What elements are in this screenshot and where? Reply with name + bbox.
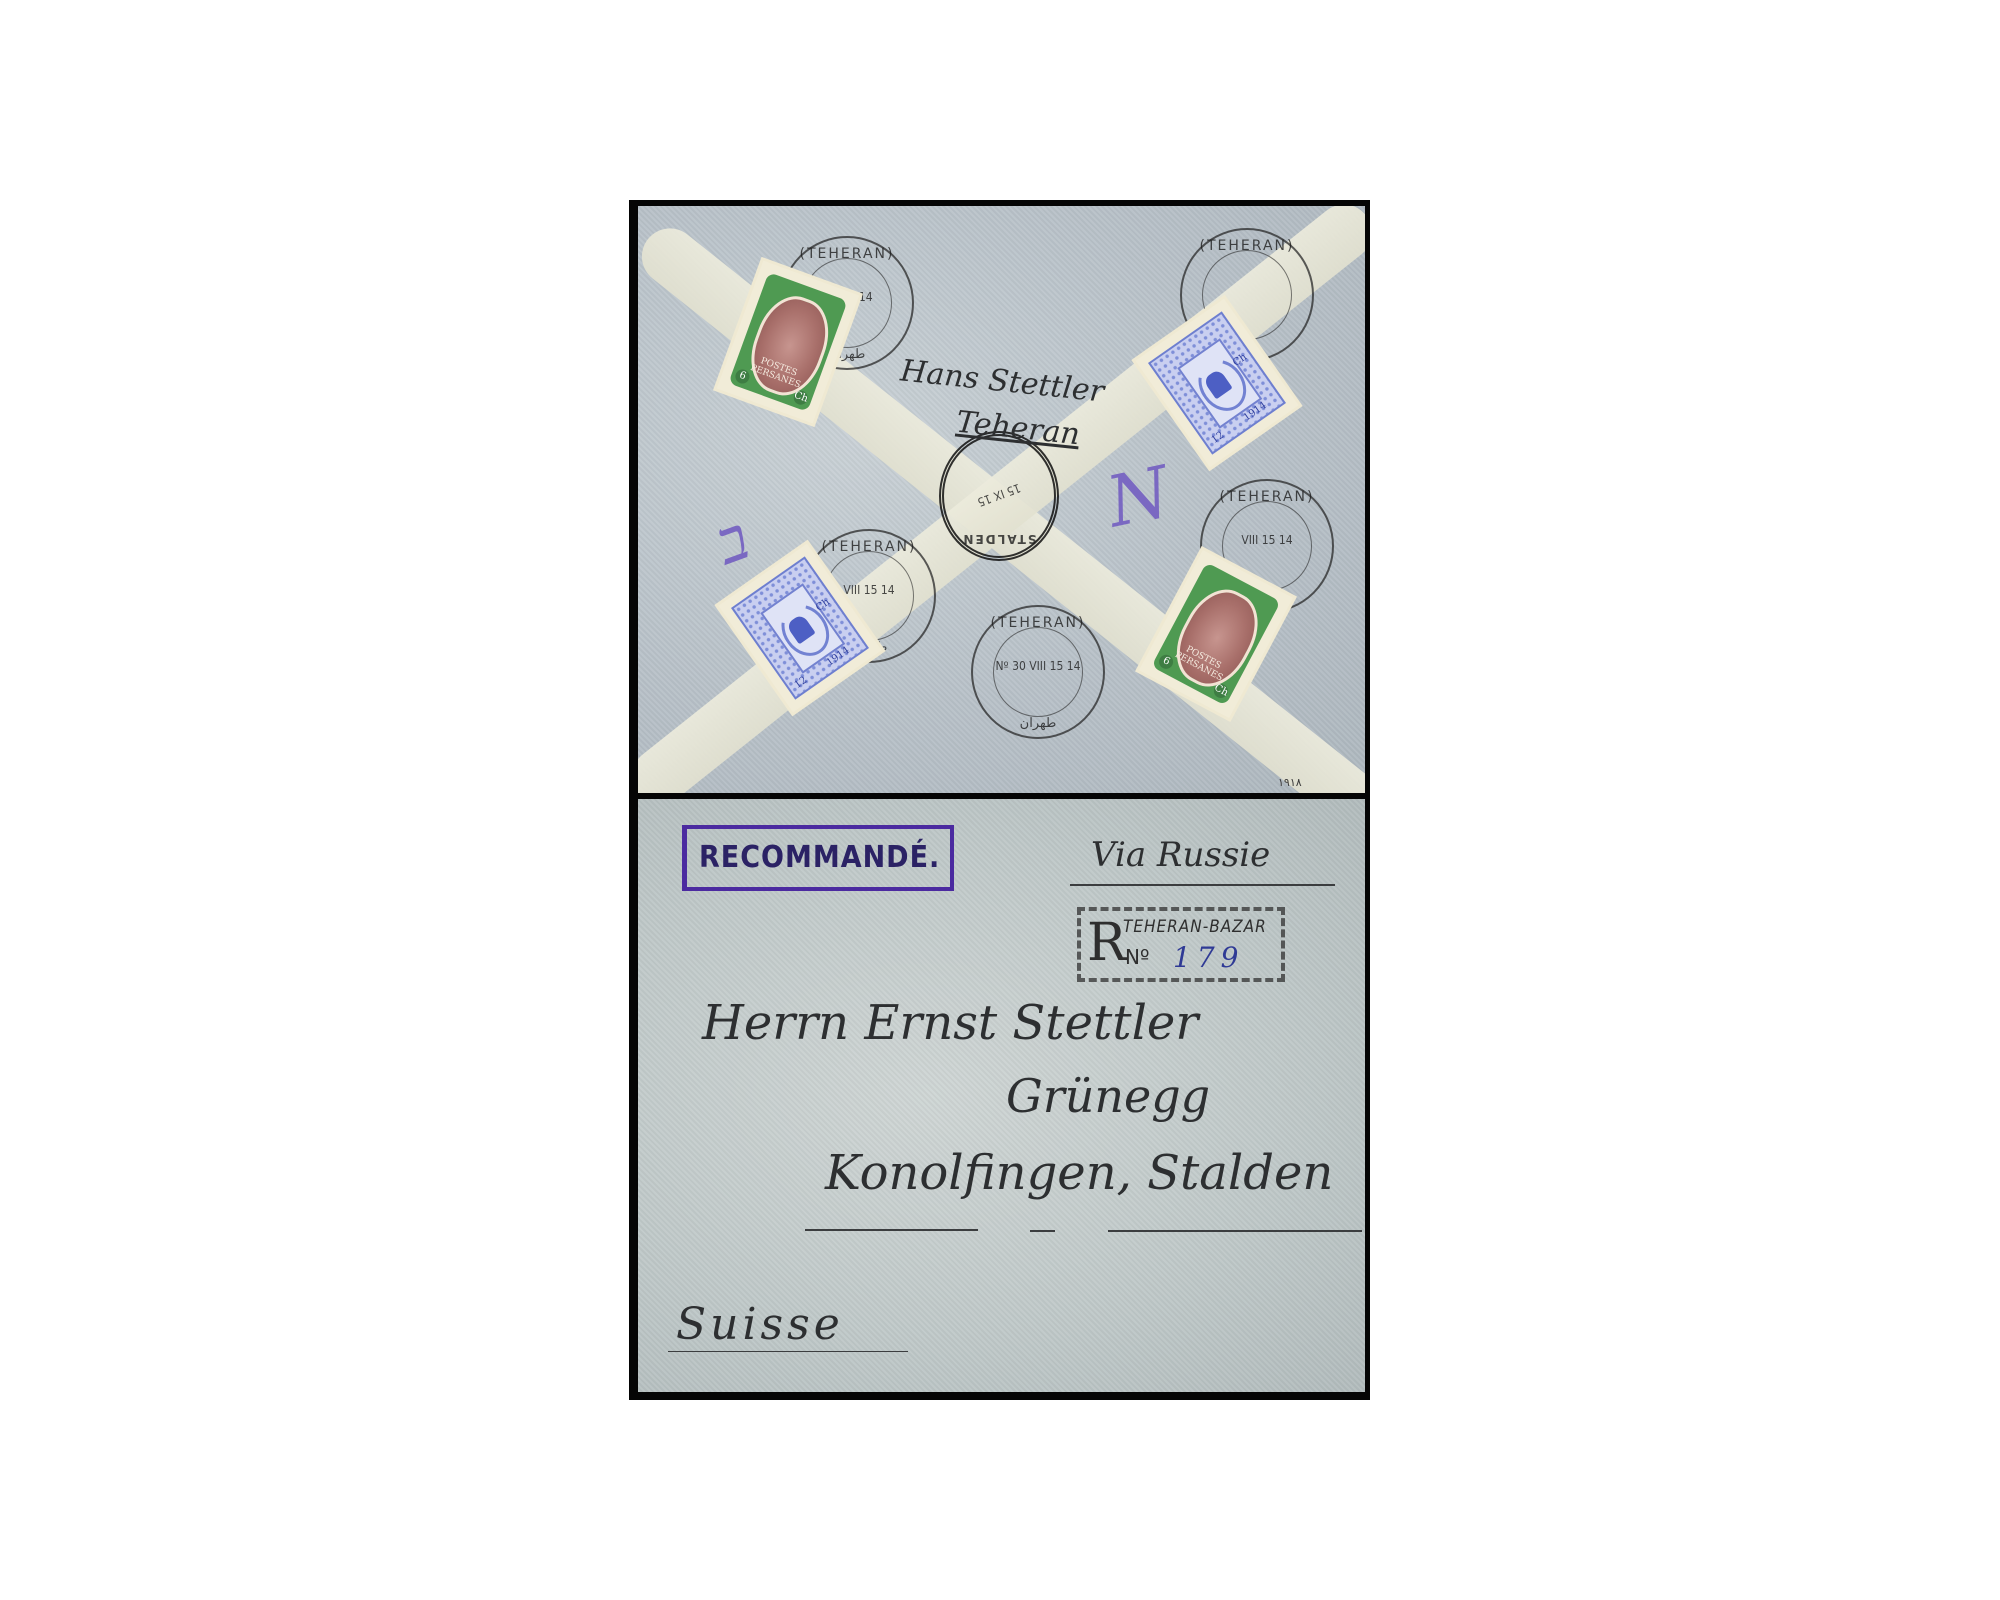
violet-mark: N [1100,451,1177,544]
postmark-date: 15 IX 15 [945,470,1053,521]
stamp-value: 12 [793,675,810,691]
address-underline [1030,1230,1055,1232]
registration-office: TEHERAN-BAZAR [1123,917,1267,937]
stamp-value: 12 [1210,430,1227,446]
registration-label: R TEHERAN-BAZAR Nº 179 [1077,907,1285,982]
route-underline [1070,884,1335,886]
address-line-1: Herrn Ernst Stettler [702,995,1198,1051]
postmark-date: VIII 15 14 [1202,533,1332,547]
sender-name: Hans Stettler [899,353,1106,409]
registration-number-prefix: Nº [1125,945,1149,969]
postmark-town: (TEHERAN) [1182,238,1312,254]
address-underline [1108,1230,1362,1232]
postmark-date: Nº 30 VIII 15 14 [973,659,1103,673]
postmark-town: STALDEN [944,532,1054,546]
address-underline [805,1229,978,1231]
cover-back: (TEHERAN) VIII 15 14 طهران (TEHERAN) (TE… [638,206,1365,793]
recommande-handstamp: RECOMMANDÉ. [682,825,954,891]
teheran-postmark: (TEHERAN) Nº 30 VIII 15 14 طهران [971,605,1105,739]
route-note: Via Russie [1091,835,1270,875]
postmark-town: (TEHERAN) [1202,489,1332,505]
postmark-persian: طهران [973,716,1103,731]
registration-letter: R [1087,917,1126,969]
postmark-town: (TEHERAN) [782,246,912,262]
country-underline [668,1351,908,1352]
country: Suisse [676,1299,844,1350]
bottom-note: ۱۹۱۸ [1278,776,1302,789]
stamp-frame: POSTES PERSANES 6 Ch [1151,562,1281,706]
cover-image-frame: (TEHERAN) VIII 15 14 طهران (TEHERAN) (TE… [629,200,1370,1400]
cover-front: RECOMMANDÉ. Via Russie R TEHERAN-BAZAR N… [638,799,1365,1392]
postmark-town: (TEHERAN) [973,615,1103,631]
address-line-3: Konolfingen, Stalden [825,1145,1333,1201]
registration-number: 179 [1173,941,1244,974]
postmark-town: (TEHERAN) [804,539,934,555]
recommande-text: RECOMMANDÉ. [699,840,940,875]
transit-postmark: STALDEN 15 IX 15 [939,431,1059,561]
violet-mark: ב [707,503,758,579]
address-line-2: Grünegg [1006,1069,1210,1123]
